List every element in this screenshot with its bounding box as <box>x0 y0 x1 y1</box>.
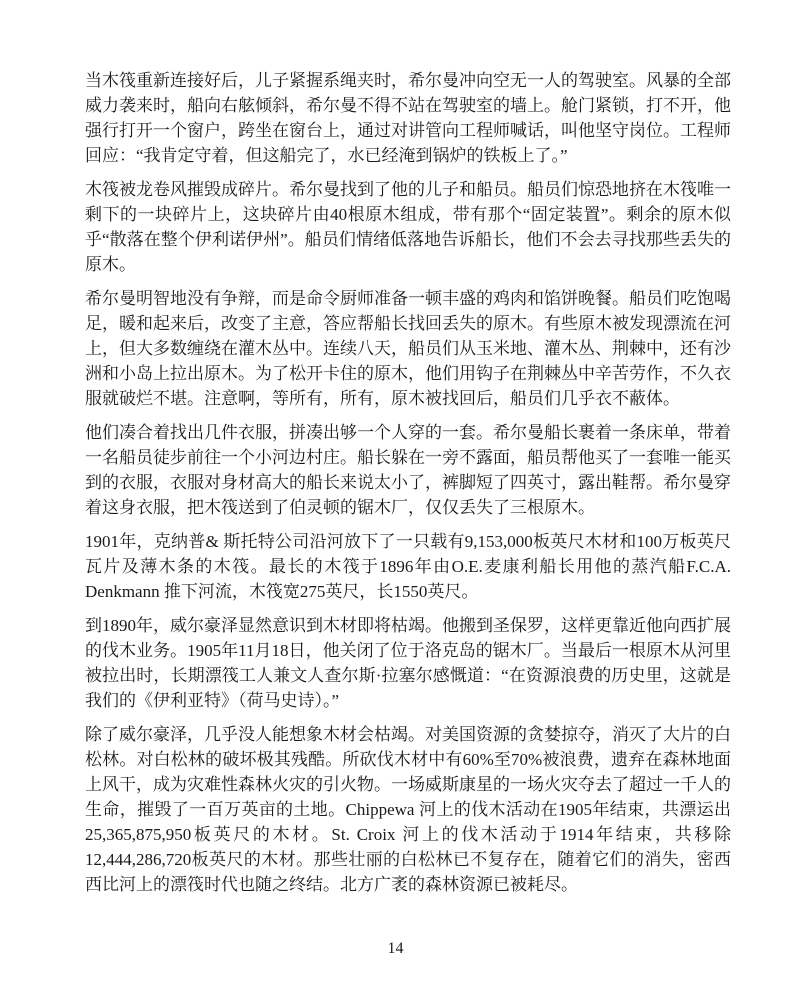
paragraph: 到1890年，威尔豪泽显然意识到木材即将枯竭。他搬到圣保罗，这样更靠近他向西扩展… <box>85 613 731 713</box>
paragraph: 除了威尔豪泽，几乎没人能想象木材会枯竭。对美国资源的贪婪掠夺，消灭了大片的白松林… <box>85 722 731 897</box>
paragraph: 希尔曼明智地没有争辩，而是命令厨师准备一顿丰盛的鸡肉和馅饼晚餐。船员们吃饱喝足，… <box>85 286 731 411</box>
paragraph: 木筏被龙卷风摧毁成碎片。希尔曼找到了他的儿子和船员。船员们惊恐地挤在木筏唯一剩下… <box>85 177 731 277</box>
page-footer: 14 <box>0 939 791 959</box>
document-page: 当木筏重新连接好后，儿子紧握系绳夹时，希尔曼冲向空无一人的驾驶室。风暴的全部威力… <box>0 0 791 1000</box>
text-block: 当木筏重新连接好后，儿子紧握系绳夹时，希尔曼冲向空无一人的驾驶室。风暴的全部威力… <box>85 68 731 906</box>
page-number: 14 <box>388 940 404 957</box>
paragraph: 当木筏重新连接好后，儿子紧握系绳夹时，希尔曼冲向空无一人的驾驶室。风暴的全部威力… <box>85 68 731 168</box>
paragraph: 他们凑合着找出几件衣服，拼凑出够一个人穿的一套。希尔曼船长裹着一条床单，带着一名… <box>85 420 731 520</box>
paragraph: 1901年，克纳普& 斯托特公司沿河放下了一只载有9,153,000板英尺木材和… <box>85 529 731 604</box>
